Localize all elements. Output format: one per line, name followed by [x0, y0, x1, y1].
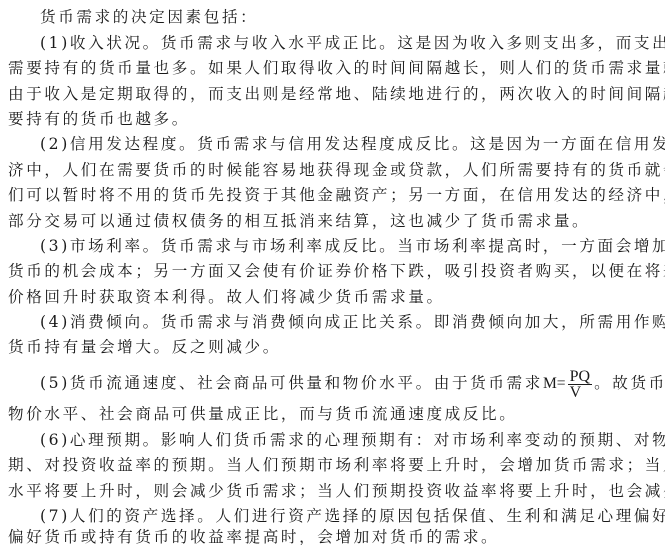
paragraph-7-line-2: 偏好货币或持有货币的收益率提高时，会增加对货币的需求。 [8, 527, 659, 545]
paragraph-2-line-1: (2)信用发达程度。货币需求与信用发达程度成反比。这是因为一方面在信用发达的经 [40, 134, 659, 154]
paragraph-4-line-2: 货币持有量会增大。反之则减少。 [8, 337, 659, 357]
document-page: 货币需求的决定因素包括： (1)收入状况。货币需求与收入水平成正比。这是因为收入… [0, 0, 665, 545]
formula-fraction: PQV [568, 369, 592, 400]
paragraph-7-line-1: (7)人们的资产选择。人们进行资产选择的原因包括保值、生利和满足心理偏好。当人们 [40, 506, 659, 526]
paragraph-5-text-before: (5)货币流通速度、社会商品可供量和物价水平。由于货币需求 [40, 374, 543, 392]
paragraph-3-line-3: 价格回升时获取资本利得。故人们将减少货币需求量。 [8, 287, 659, 307]
paragraph-2-line-4: 部分交易可以通过债权债务的相互抵消来结算，这也减少了货币需求量。 [8, 211, 659, 231]
paragraph-1-line-1: (1)收入状况。货币需求与收入水平成正比。这是因为收入多则支出多，而支出多意味着 [40, 33, 659, 53]
paragraph-3-line-1: (3)市场利率。货币需求与市场利率成反比。当市场利率提高时，一方面会增加人们持有 [40, 236, 659, 256]
paragraph-5-text-after: 。故货币需求与 [594, 374, 665, 392]
formula-denominator: V [568, 385, 592, 400]
heading: 货币需求的决定因素包括： [40, 7, 659, 27]
paragraph-6-line-3: 水平将要上升时，则会减少货币需求；当人们预期投资收益率将要上升时，也会减少货币需… [8, 481, 659, 501]
paragraph-5-line-1: (5)货币流通速度、社会商品可供量和物价水平。由于货币需求M=PQV。故货币需求… [40, 368, 659, 398]
paragraph-1-line-3: 由于收入是定期取得的，而支出则是经常地、陆续地进行的，两次收入的时间间隔越长，人… [8, 84, 659, 104]
paragraph-1-line-2: 需要持有的货币量也多。如果人们取得收入的时间间隔越长，则人们的货币需求量就越大。 [8, 58, 659, 78]
paragraph-2-line-2: 济中，人们在需要货币的时候能容易地获得现金或贷款，人们所需要持有的货币就会少些，… [8, 160, 659, 180]
paragraph-5-line-2: 物价水平、社会商品可供量成正比，而与货币流通速度成反比。 [8, 404, 659, 424]
formula-lhs: M= [543, 375, 566, 392]
paragraph-1-line-4: 要持有的货币也越多。 [8, 109, 659, 129]
formula-numerator: PQ [568, 369, 592, 385]
paragraph-6-line-1: (6)心理预期。影响人们货币需求的心理预期有：对市场利率变动的预期、对物价水平的… [40, 430, 659, 450]
paragraph-4-line-1: (4)消费倾向。货币需求与消费倾向成正比关系。即消费倾向加大，所需用作购买手段的 [40, 312, 659, 332]
paragraph-6-line-2: 期、对投资收益率的预期。当人们预期市场利率将要上升时，会增加货币需求；当人们预期… [8, 455, 659, 475]
paragraph-2-line-3: 们可以暂时将不用的货币先投资于其他金融资产；另一方面，在信用发达的经济中，有相当… [8, 185, 659, 205]
paragraph-3-line-2: 货币的机会成本；另一方面又会使有价证券价格下跌，吸引投资者购买，以便在将来有价证… [8, 261, 659, 281]
